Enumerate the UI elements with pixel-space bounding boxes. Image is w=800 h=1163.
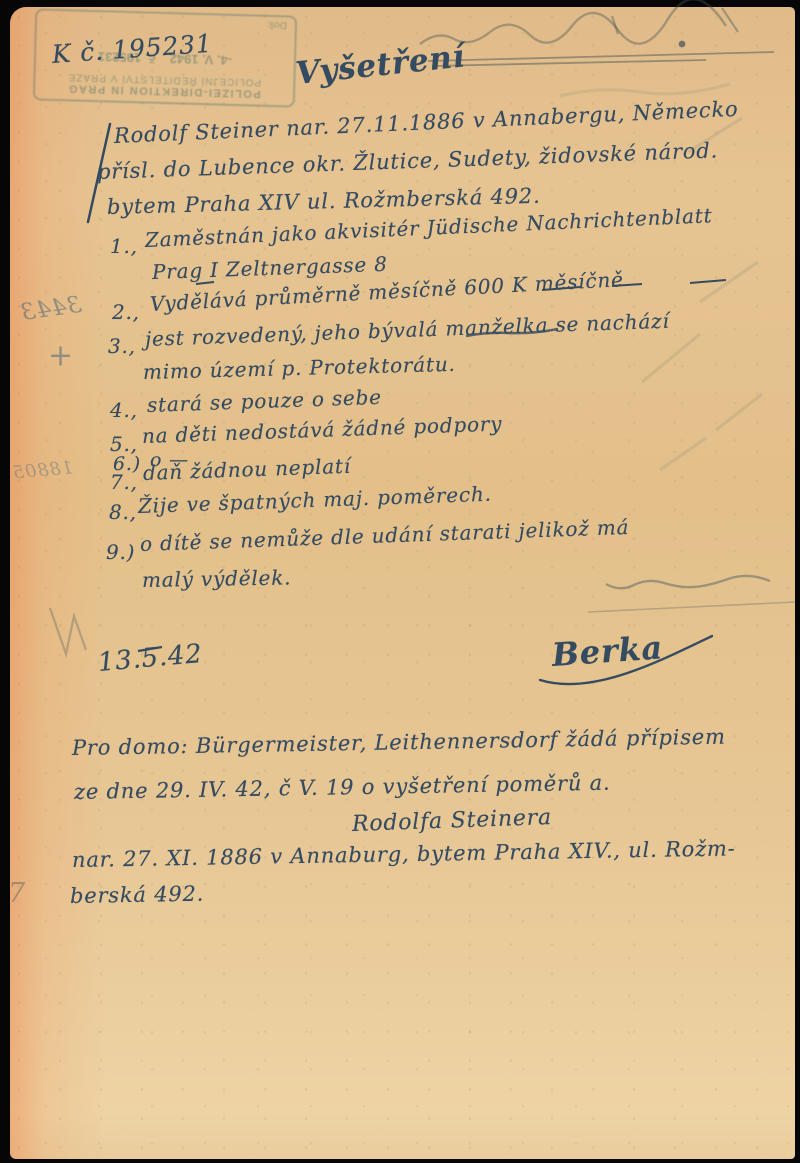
list-number: 8.,	[109, 500, 137, 524]
list-item-text: malý výdělek.	[142, 565, 292, 592]
bleedthrough-cross-mark: +	[48, 338, 74, 373]
list-number: 3.,	[108, 334, 136, 358]
scanned-document-page: { "colors":{"paper":"#e6c795","paper_edg…	[0, 0, 800, 1163]
list-number: 7.,	[110, 470, 138, 494]
signature: Berka	[551, 628, 665, 674]
pro-domo-line: berská 492.	[70, 882, 205, 908]
list-number: 2.,	[112, 300, 140, 324]
stamp-footer: Doš:	[266, 19, 287, 31]
pencil-margin-mark: 7	[8, 878, 26, 909]
list-number: 4.,	[110, 398, 138, 422]
list-number: 9.)	[106, 540, 135, 564]
list-number: 1.,	[110, 234, 138, 258]
